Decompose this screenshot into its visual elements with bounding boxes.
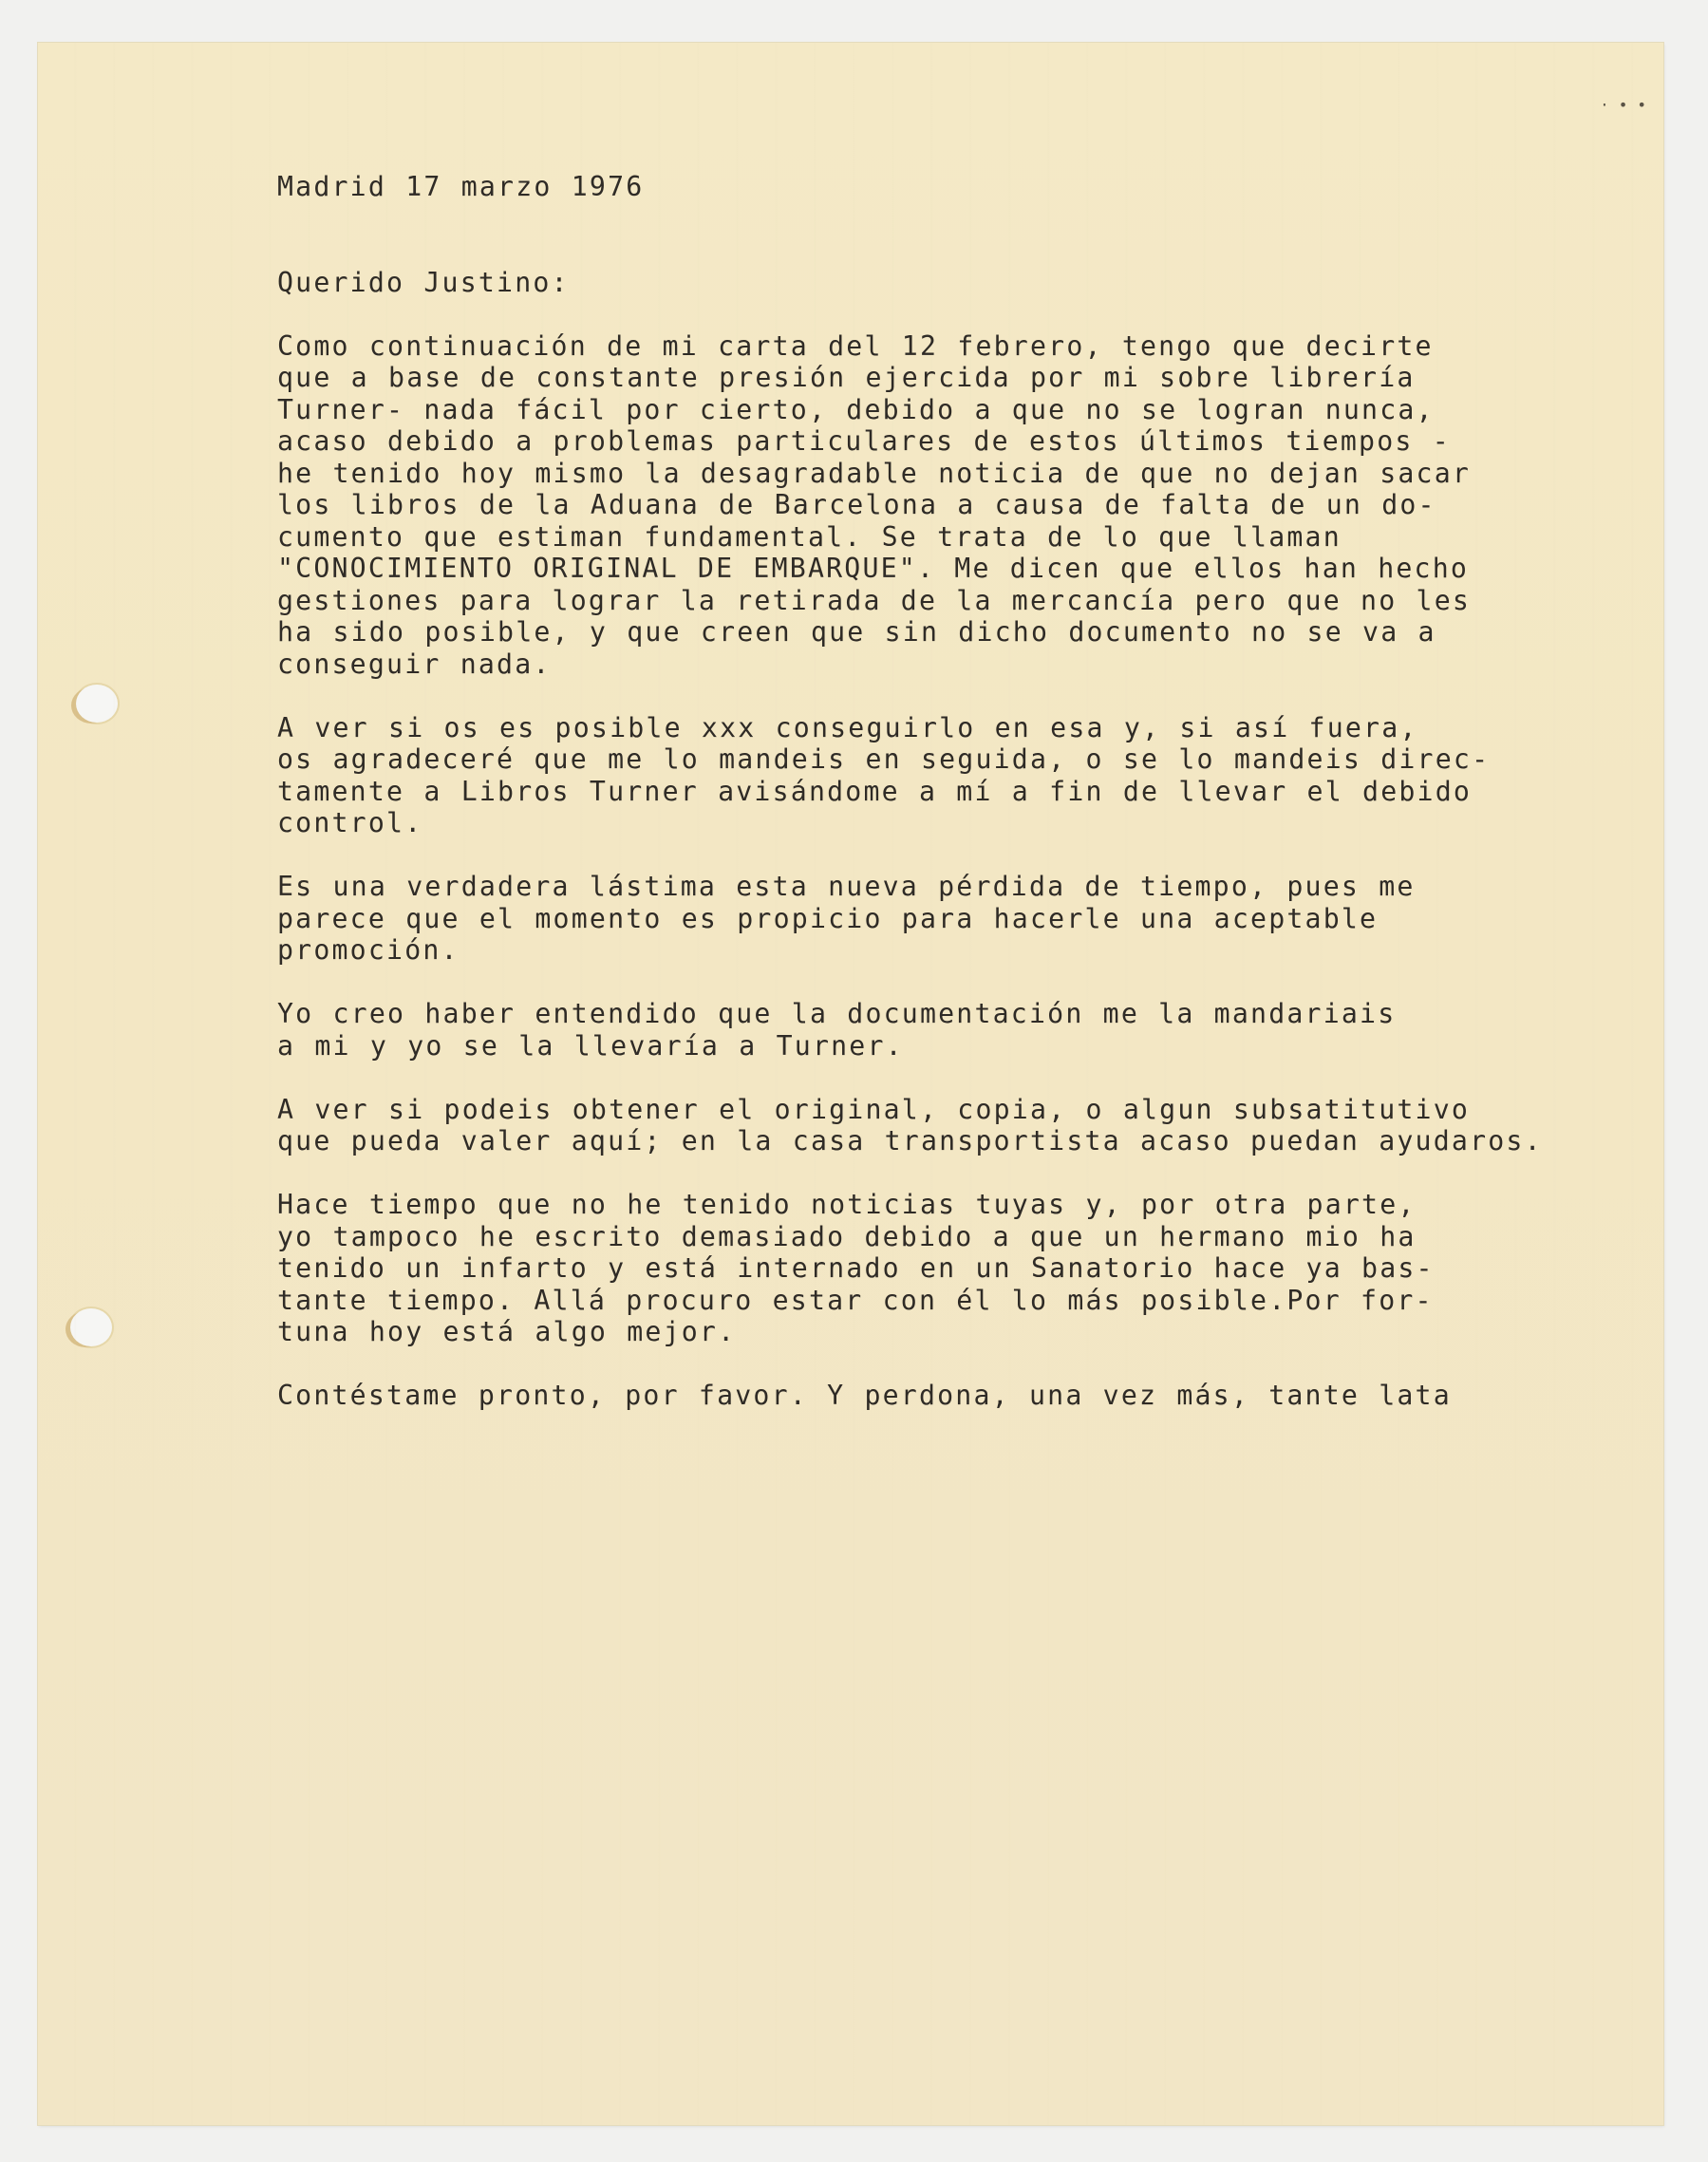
text-line: a mi y yo se la llevaría a Turner.: [277, 1030, 1654, 1062]
text-line: tenido un infarto y está internado en un…: [277, 1252, 1654, 1285]
text-line: cumento que estiman fundamental. Se trat…: [277, 521, 1654, 554]
text-line: A ver si podeis obtener el original, cop…: [277, 1094, 1654, 1126]
text-line: que pueda valer aquí; en la casa transpo…: [277, 1125, 1654, 1157]
text-line: os agradeceré que me lo mandeis en segui…: [277, 743, 1654, 776]
text-line: parece que el momento es propicio para h…: [277, 903, 1654, 935]
punch-hole-top: [76, 685, 118, 723]
text-line: "CONOCIMIENTO ORIGINAL DE EMBARQUE". Me …: [277, 553, 1654, 585]
paragraph-3: Es una verdadera lástima esta nueva pérd…: [277, 871, 1654, 967]
paragraph-4: Yo creo haber entendido que la documenta…: [277, 998, 1654, 1062]
punch-hole-bottom: [70, 1308, 112, 1346]
letter-salutation: Querido Justino:: [277, 267, 1654, 299]
text-line: gestiones para lograr la retirada de la …: [277, 585, 1654, 617]
text-line: tante tiempo. Allá procuro estar con él …: [277, 1285, 1654, 1317]
text-line: A ver si os es posible xxx conseguirlo e…: [277, 712, 1654, 744]
text-line: control.: [277, 807, 1654, 839]
text-line: promoción.: [277, 934, 1654, 967]
text-line: Turner- nada fácil por cierto, debido a …: [277, 394, 1654, 426]
paragraph-5: A ver si podeis obtener el original, cop…: [277, 1094, 1654, 1157]
text-line: conseguir nada.: [277, 649, 1654, 681]
text-line: Como continuación de mi carta del 12 feb…: [277, 330, 1654, 363]
typed-letter: Madrid 17 marzo 1976 Querido Justino: Co…: [277, 171, 1654, 1443]
paragraph-1: Como continuación de mi carta del 12 feb…: [277, 330, 1654, 681]
text-line: Es una verdadera lástima esta nueva pérd…: [277, 871, 1654, 903]
text-line: yo tampoco he escrito demasiado debido a…: [277, 1221, 1654, 1253]
text-line: Contéstame pronto, por favor. Y perdona,…: [277, 1380, 1654, 1412]
text-line: acaso debido a problemas particulares de…: [277, 425, 1654, 458]
stray-ink-marks: ·••: [1600, 96, 1656, 114]
text-line: que a base de constante presión ejercida…: [277, 362, 1654, 394]
paragraph-6: Hace tiempo que no he tenido noticias tu…: [277, 1189, 1654, 1348]
text-line: tamente a Libros Turner avisándome a mí …: [277, 776, 1654, 808]
text-line: ha sido posible, y que creen que sin dic…: [277, 616, 1654, 649]
letter-date: Madrid 17 marzo 1976: [277, 171, 1654, 203]
paragraph-2: A ver si os es posible xxx conseguirlo e…: [277, 712, 1654, 839]
paragraph-7: Contéstame pronto, por favor. Y perdona,…: [277, 1380, 1654, 1412]
text-line: he tenido hoy mismo la desagradable noti…: [277, 458, 1654, 490]
text-line: Hace tiempo que no he tenido noticias tu…: [277, 1189, 1654, 1221]
text-line: Yo creo haber entendido que la documenta…: [277, 998, 1654, 1030]
text-line: los libros de la Aduana de Barcelona a c…: [277, 489, 1654, 521]
text-line: tuna hoy está algo mejor.: [277, 1316, 1654, 1348]
